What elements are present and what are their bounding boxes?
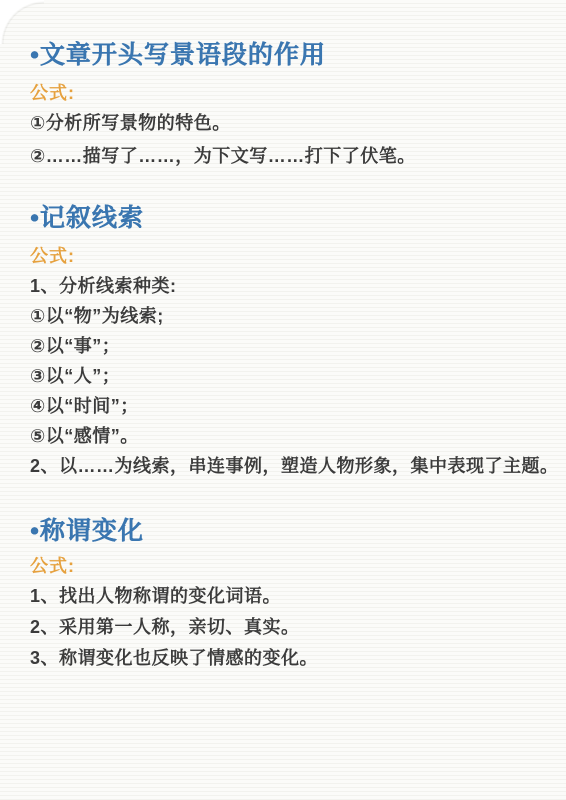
section-lines: ①分析所写景物的特色。 ②……描写了……，为下文写……打下了伏笔。 <box>30 111 538 168</box>
formula-label: 公式: <box>30 82 538 104</box>
formula-label: 公式: <box>30 555 538 577</box>
note-line: 1、找出人物称谓的变化词语。 <box>30 584 538 608</box>
note-line: ⑤以“感情”。 <box>30 424 538 448</box>
note-line: 1、分析线索种类: <box>30 274 538 298</box>
section-title: •记叙线索 <box>30 203 538 233</box>
note-line: ①以“物”为线索; <box>30 304 538 328</box>
section-lines: 1、找出人物称谓的变化词语。 2、采用第一人称，亲切、真实。 3、称谓变化也反映… <box>30 584 538 670</box>
section-opening-scenery: •文章开头写景语段的作用 公式: ①分析所写景物的特色。 ②……描写了……，为下… <box>30 40 538 168</box>
note-line: ①分析所写景物的特色。 <box>30 111 538 135</box>
note-line: 2、以……为线索，串连事例，塑造人物形象，集中表现了主题。 <box>30 454 538 478</box>
section-lines: 1、分析线索种类: ①以“物”为线索; ②以“事”； ③以“人”； ④以“时间”… <box>30 274 538 478</box>
note-line: ②……描写了……，为下文写……打下了伏笔。 <box>30 144 538 168</box>
section-title: •称谓变化 <box>30 516 538 546</box>
note-line: ②以“事”； <box>30 334 538 358</box>
card-corner-decoration <box>0 0 44 44</box>
formula-label: 公式: <box>30 245 538 267</box>
note-line: ③以“人”； <box>30 364 538 388</box>
notes-page: •文章开头写景语段的作用 公式: ①分析所写景物的特色。 ②……描写了……，为下… <box>0 0 566 800</box>
note-line: ④以“时间”； <box>30 394 538 418</box>
note-line: 2、采用第一人称，亲切、真实。 <box>30 615 538 639</box>
section-appellation-change: •称谓变化 公式: 1、找出人物称谓的变化词语。 2、采用第一人称，亲切、真实。… <box>30 516 538 670</box>
section-title: •文章开头写景语段的作用 <box>30 40 538 70</box>
note-line: 3、称谓变化也反映了情感的变化。 <box>30 646 538 670</box>
section-narrative-clue: •记叙线索 公式: 1、分析线索种类: ①以“物”为线索; ②以“事”； ③以“… <box>30 203 538 478</box>
